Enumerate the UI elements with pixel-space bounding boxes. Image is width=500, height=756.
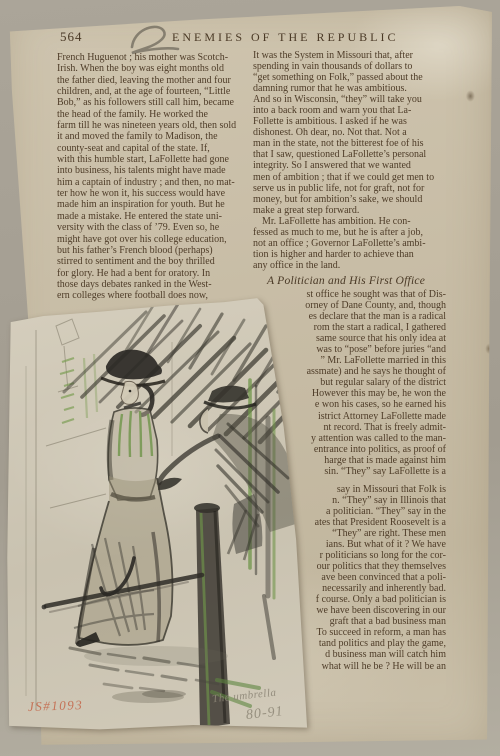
text-line: Mr. LaFollette has ambition. He con- bbox=[253, 216, 446, 227]
text-line: the father died, leaving the mother and … bbox=[57, 75, 250, 86]
text-line: him a captain of industry ; and then, no… bbox=[57, 177, 250, 188]
text-line: man in the state, not the bitterest foe … bbox=[253, 138, 446, 149]
text-line: dishonest. Oh dear, no. Not that. Not a bbox=[253, 127, 446, 138]
text-line: made a mistake. He entered the state uni… bbox=[57, 211, 250, 222]
scanned-page-photo: { "colors":{ "backing":"#a6a094","page_p… bbox=[0, 0, 500, 756]
text-line: integrity. So I answered that we wanted bbox=[253, 160, 446, 171]
text-line: It was the System in Missouri that, afte… bbox=[253, 50, 446, 61]
text-line: Bob,” as his followers still call him, b… bbox=[57, 97, 250, 108]
catalog-number: JS#1093 bbox=[28, 697, 84, 715]
text-line: fessed as much to me, but he is after a … bbox=[253, 227, 446, 238]
text-line: with this humble start, LaFollette had g… bbox=[57, 154, 250, 165]
text-line: tion is higher and harder to achieve tha… bbox=[253, 249, 446, 260]
text-line: money, but for ambition’s sake, we shoul… bbox=[253, 194, 446, 205]
section-heading: A Politician and His First Office bbox=[267, 275, 446, 286]
text-line: any office in the land. bbox=[253, 260, 446, 271]
page-number: 564 bbox=[60, 29, 83, 45]
text-line: but his father’s French blood (perhaps) bbox=[57, 245, 250, 256]
text-line: the head of the family. He worked the bbox=[57, 109, 250, 120]
text-line: that I saw, questioned LaFollette’s pers… bbox=[253, 149, 446, 160]
text-line: into business, his talents might have ma… bbox=[57, 165, 250, 176]
text-line: for glory. He had a bent for oratory. In bbox=[57, 268, 250, 279]
text-line: might have got over his college educatio… bbox=[57, 234, 250, 245]
text-line: children, and, at the age of fourteen, “… bbox=[57, 86, 250, 97]
text-line: made him an inspiration for youth. But h… bbox=[57, 199, 250, 210]
text-line: And so in Wisconsin, “they” will take yo… bbox=[253, 94, 446, 105]
text-line: spending in vain thousands of dollars to bbox=[253, 61, 446, 72]
left-paragraphs: French Huguenot ; his mother was Scotch-… bbox=[57, 52, 250, 302]
text-line: versity with the class of ’79. Even so, … bbox=[57, 222, 250, 233]
text-line: “get something on Folk,” passed about th… bbox=[253, 72, 446, 83]
text-line: make a great step forward. bbox=[253, 205, 446, 216]
text-line: those days debates ranked in the West- bbox=[57, 279, 250, 290]
text-line: French Huguenot ; his mother was Scotch- bbox=[57, 52, 250, 63]
text-line: stirred to sentiment and the boy thrille… bbox=[57, 256, 250, 267]
text-line: farm till he was nineteen years old, the… bbox=[57, 120, 250, 131]
text-line: men of ambition ; that if we could get m… bbox=[253, 172, 446, 183]
umbrella-sketch bbox=[6, 296, 318, 732]
drawing-sheet-wrapper: JS#1093 The umbrella bbox=[6, 296, 318, 732]
text-line: into a back room and warn you that La- bbox=[253, 105, 446, 116]
text-line: damning rumor that he was ambitious. bbox=[253, 83, 446, 94]
drawing-sheet: JS#1093 The umbrella bbox=[6, 296, 318, 732]
text-line: county-seat and capital of the state. If… bbox=[57, 143, 250, 154]
paragraph: It was the System in Missouri that, afte… bbox=[253, 50, 446, 216]
text-line: Follette is ambitious. I asked if he was bbox=[253, 116, 446, 127]
text-line: ter how he won it, his success would hav… bbox=[57, 188, 250, 199]
left-text-column: French Huguenot ; his mother was Scotch-… bbox=[57, 52, 250, 302]
text-line: serve us in public life, not for graft, … bbox=[253, 183, 446, 194]
running-head-title: ENEMIES OF THE REPUBLIC bbox=[172, 30, 398, 45]
text-line: Irish. When the boy was eight months old bbox=[57, 63, 250, 74]
text-line: it and moved the family to Madison, the bbox=[57, 131, 250, 142]
text-line: not an office ; Governor LaFollette’s am… bbox=[253, 238, 446, 249]
paragraph: Mr. LaFollette has ambition. He con-fess… bbox=[253, 216, 446, 271]
